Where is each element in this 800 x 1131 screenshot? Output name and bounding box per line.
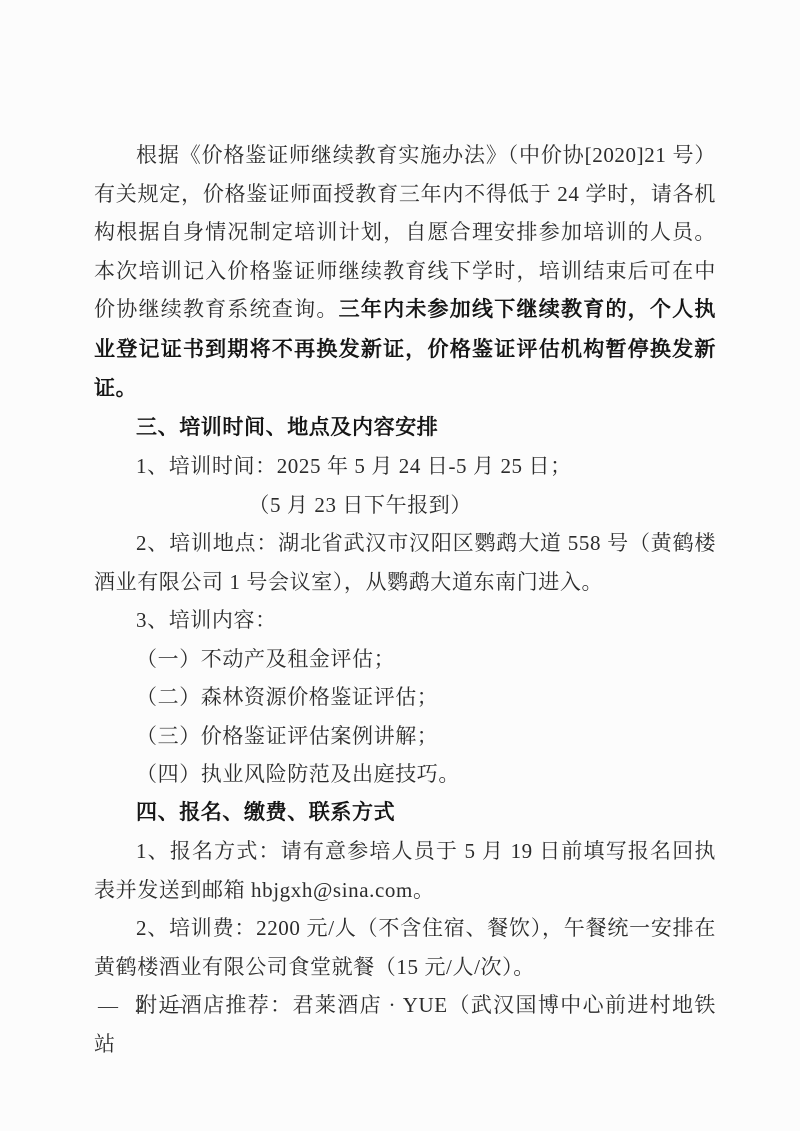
content-item-4: （四）执业风险防范及出庭技巧。: [94, 755, 716, 794]
text-run: 附近酒店推荐：君莱酒店 · YUE（武汉国博中心前进村地铁站: [94, 993, 716, 1056]
content-item-2: （二）森林资源价格鉴证评估；: [94, 678, 716, 717]
text-run: （二）森林资源价格鉴证评估；: [136, 685, 438, 709]
text-run: 根据《价格鉴证师继续教育实施办法》（中价协[2020]21 号）有关规定，价格鉴…: [94, 143, 716, 321]
section-3-heading: 三、培训时间、地点及内容安排: [94, 409, 716, 448]
document-body: 根据《价格鉴证师继续教育实施办法》（中价协[2020]21 号）有关规定，价格鉴…: [94, 136, 716, 1063]
text-run: 2、培训地点：湖北省武汉市汉阳区鹦鹉大道 558 号（黄鹤楼酒业有限公司 1 号…: [94, 531, 716, 594]
content-item-3: （三）价格鉴证评估案例讲解；: [94, 717, 716, 756]
section-4-heading: 四、报名、缴费、联系方式: [94, 794, 716, 833]
text-run: （四）执业风险防范及出庭技巧。: [136, 762, 460, 786]
hotel-recommendation: 附近酒店推荐：君莱酒店 · YUE（武汉国博中心前进村地铁站: [94, 986, 716, 1063]
emphasis-text: 三、培训时间、地点及内容安排: [136, 416, 438, 439]
text-run: （5 月 23 日下午报到）: [248, 493, 472, 517]
registration-method: 1、报名方式：请有意参培人员于 5 月 19 日前填写报名回执表并发送到邮箱 h…: [94, 832, 716, 909]
text-run: （一）不动产及租金评估；: [136, 647, 395, 671]
check-in-note: （5 月 23 日下午报到）: [94, 486, 716, 525]
text-run: 1、报名方式：请有意参培人员于 5 月 19 日前填写报名回执表并发送到邮箱 h…: [94, 839, 716, 902]
scanned-document-page: 根据《价格鉴证师继续教育实施办法》（中价协[2020]21 号）有关规定，价格鉴…: [0, 0, 800, 1131]
content-item-1: （一）不动产及租金评估；: [94, 640, 716, 679]
emphasis-text: 四、报名、缴费、联系方式: [136, 801, 395, 824]
training-fee: 2、培训费：2200 元/人（不含住宿、餐饮），午餐统一安排在黄鹤楼酒业有限公司…: [94, 909, 716, 986]
training-content-label: 3、培训内容：: [94, 601, 716, 640]
training-time: 1、培训时间：2025 年 5 月 24 日-5 月 25 日；: [94, 447, 716, 486]
text-run: 3、培训内容：: [136, 608, 277, 632]
text-run: 2、培训费：2200 元/人（不含住宿、餐饮），午餐统一安排在黄鹤楼酒业有限公司…: [94, 916, 716, 979]
text-run: （三）价格鉴证评估案例讲解；: [136, 724, 438, 748]
text-run: 1、培训时间：2025 年 5 月 24 日-5 月 25 日；: [136, 454, 572, 478]
intro-paragraph: 根据《价格鉴证师继续教育实施办法》（中价协[2020]21 号）有关规定，价格鉴…: [94, 136, 716, 409]
page-number: — 2 —: [98, 991, 184, 1021]
training-location: 2、培训地点：湖北省武汉市汉阳区鹦鹉大道 558 号（黄鹤楼酒业有限公司 1 号…: [94, 524, 716, 601]
